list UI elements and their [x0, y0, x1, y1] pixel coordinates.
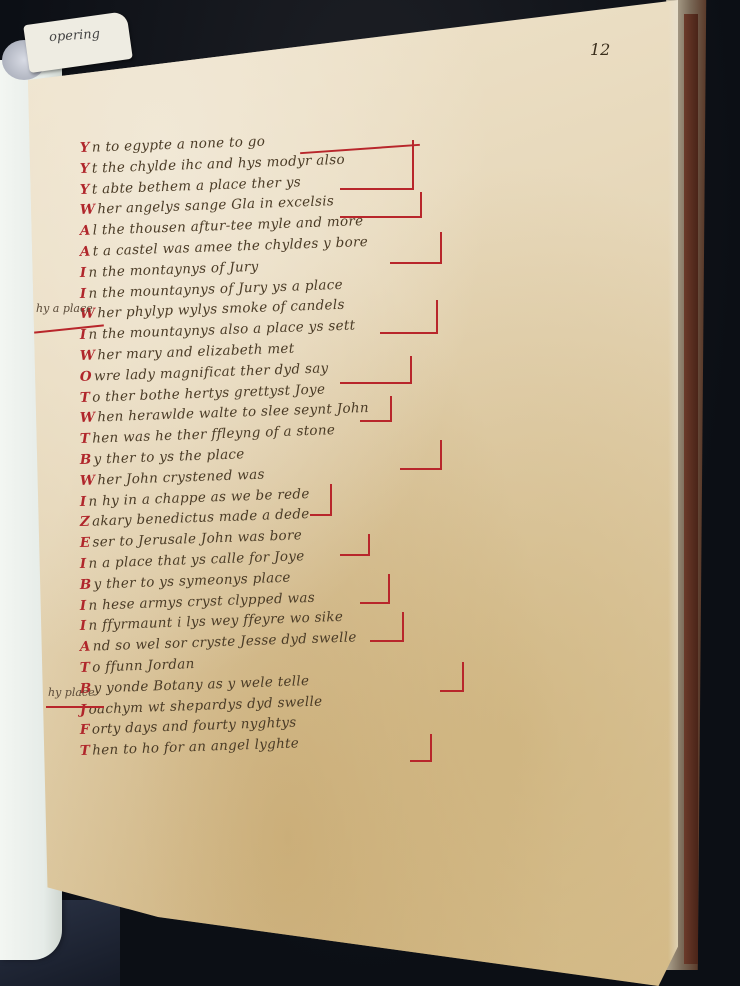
rubric-bracket — [340, 356, 412, 384]
rubric-bracket — [340, 534, 370, 556]
marginal-note: hy place — [48, 686, 95, 699]
bookmark-label: opering — [49, 27, 101, 46]
rubric-bracket — [340, 140, 414, 190]
rubric-bracket — [370, 612, 404, 642]
rubric-bracket — [360, 396, 392, 422]
marginal-rule — [46, 706, 104, 708]
rubric-bracket — [360, 574, 390, 604]
rubric-bracket — [340, 192, 422, 218]
folio-number: 12 — [590, 40, 610, 59]
rubric-bracket — [440, 662, 464, 692]
text-block: Yn to egypte a none to go Yt the chylde … — [80, 140, 369, 764]
leather-binding — [684, 14, 698, 964]
rubric-bracket — [400, 440, 442, 470]
rubric-bracket — [390, 232, 442, 264]
rubric-bracket — [380, 300, 438, 334]
rubric-bracket — [310, 484, 332, 516]
marginal-note: hy a place — [36, 302, 93, 315]
rubric-bracket — [410, 734, 432, 762]
